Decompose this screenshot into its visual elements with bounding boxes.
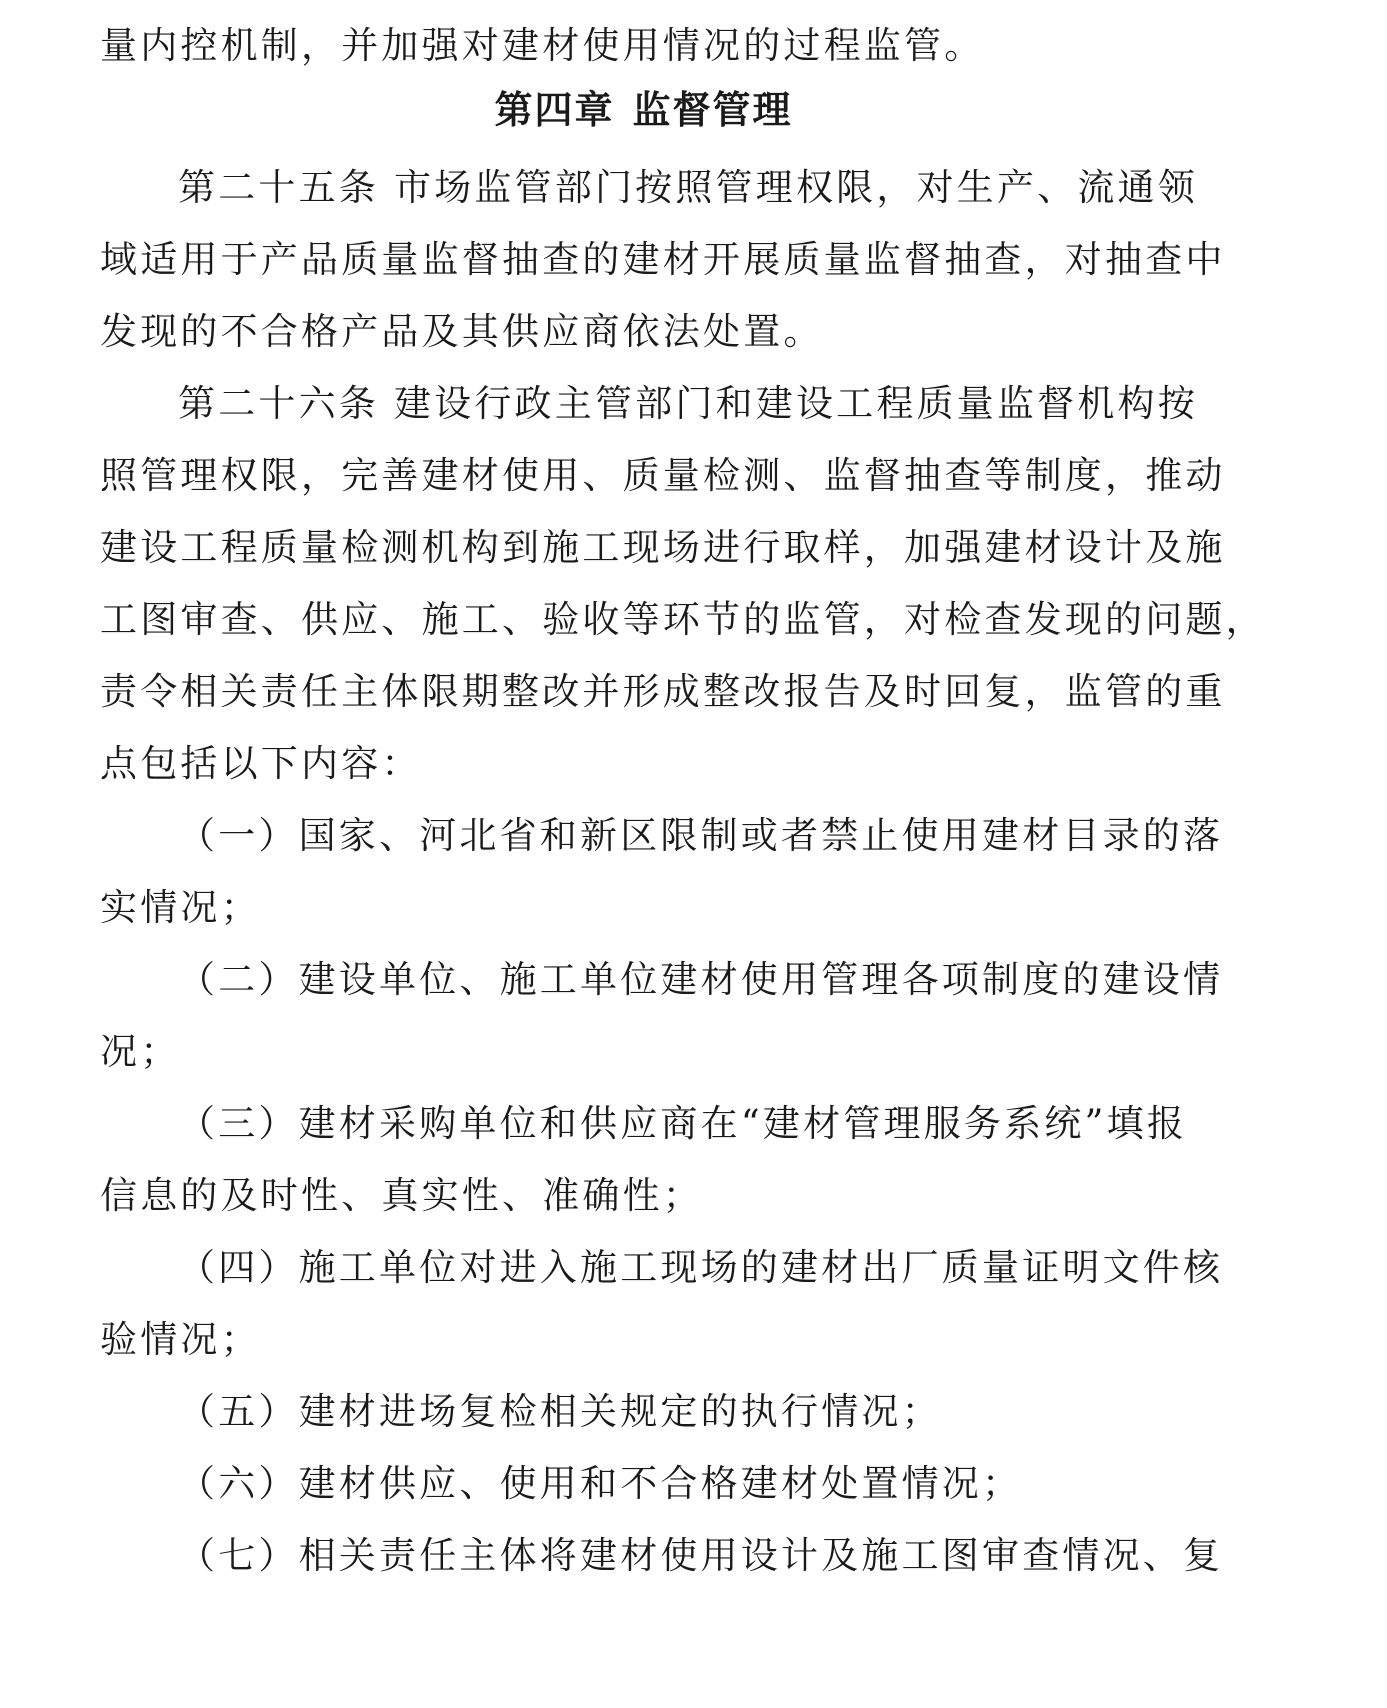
chapter-title: 监督管理 (633, 88, 793, 132)
article-26-line-3: 建设工程质量检测机构到施工现场进行取样，加强建材设计及施 (100, 524, 1180, 572)
article-26-line-4: 工图审查、供应、施工、验收等环节的监管，对检查发现的问题， (100, 596, 1180, 644)
list-item-3-line-2: 信息的及时性、真实性、准确性； (100, 1172, 1180, 1220)
document-page: 量内控机制，并加强对建材使用情况的过程监管。 第四章监督管理 第二十五条 市场监… (0, 0, 1387, 1708)
list-item-7-line-1: （七）相关责任主体将建材使用设计及施工图审查情况、复 (178, 1532, 1180, 1580)
list-item-1-line-2: 实情况； (100, 884, 1180, 932)
list-item-4-line-2: 验情况； (100, 1316, 1180, 1364)
article-26-line-2: 照管理权限，完善建材使用、质量检测、监督抽查等制度，推动 (100, 452, 1180, 500)
list-item-4-line-1: （四）施工单位对进入施工现场的建材出厂质量证明文件核 (178, 1244, 1180, 1292)
list-item-6-line-1: （六）建材供应、使用和不合格建材处置情况； (178, 1460, 1180, 1508)
chapter-heading: 第四章监督管理 (0, 86, 1387, 134)
chapter-number: 第四章 (494, 88, 614, 132)
list-item-1-line-1: （一）国家、河北省和新区限制或者禁止使用建材目录的落 (178, 812, 1180, 860)
article-26-line-5: 责令相关责任主体限期整改并形成整改报告及时回复，监管的重 (100, 668, 1180, 716)
article-25-line-1: 第二十五条 市场监管部门按照管理权限，对生产、流通领 (178, 164, 1180, 212)
article-25-line-2: 域适用于产品质量监督抽查的建材开展质量监督抽查，对抽查中 (100, 236, 1180, 284)
article-26-line-6: 点包括以下内容： (100, 740, 1180, 788)
list-item-2-line-2: 况； (100, 1028, 1180, 1076)
continuation-paragraph: 量内控机制，并加强对建材使用情况的过程监管。 (100, 22, 1180, 70)
list-item-2-line-1: （二）建设单位、施工单位建材使用管理各项制度的建设情 (178, 956, 1180, 1004)
list-item-3-line-1: （三）建材采购单位和供应商在“建材管理服务系统”填报 (178, 1100, 1180, 1148)
article-25-line-3: 发现的不合格产品及其供应商依法处置。 (100, 308, 1180, 356)
list-item-5-line-1: （五）建材进场复检相关规定的执行情况； (178, 1388, 1180, 1436)
article-26-line-1: 第二十六条 建设行政主管部门和建设工程质量监督机构按 (178, 380, 1180, 428)
